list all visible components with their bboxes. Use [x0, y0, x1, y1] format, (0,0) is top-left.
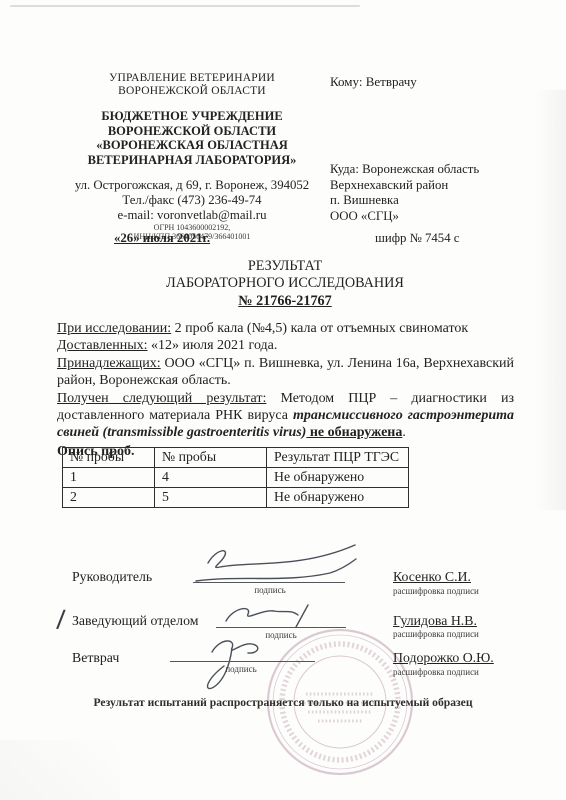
result-paragraph: Получен следующий результат: Методом ПЦР…	[57, 390, 514, 442]
organization-line: ВОРОНЕЖСКОЙ ОБЛАСТИ	[52, 124, 332, 139]
footer-disclaimer: Результат испытаний распространяется тол…	[0, 696, 566, 709]
addressee: Кому: Ветврачу	[330, 74, 520, 90]
signature-name: Косенко С.И.	[393, 569, 471, 585]
destination-line: Куда: Воронежская область	[330, 162, 520, 178]
result-outcome: не обнаружена	[306, 425, 402, 440]
signature-line	[170, 661, 315, 662]
table-row: 1 4 Не обнаружено	[63, 468, 409, 488]
address-line: ул. Острогожская, д 69, г. Воронеж, 3940…	[52, 178, 332, 193]
column-header-sample-no-1: № пробы	[63, 448, 155, 468]
document-date: «26» июля 2021г.	[114, 231, 210, 246]
study-paragraph: При исследовании: 2 проб кала (№4,5) кал…	[57, 320, 514, 337]
cell-sample-no: 1	[63, 468, 155, 488]
department-name: УПРАВЛЕНИЕ ВЕТЕРИНАРИИ ВОРОНЕЖСКОЙ ОБЛАС…	[52, 72, 332, 98]
phone-line: Тел./факс (473) 236-49-74	[52, 193, 332, 208]
organization-line: «ВОРОНЕЖСКАЯ ОБЛАСТНАЯ	[52, 138, 332, 153]
delivered-paragraph: Доставленных: «12» июля 2021 года.	[57, 337, 514, 354]
signature-line	[193, 582, 345, 583]
destination-line: Верхнехавский район	[330, 178, 520, 194]
cell-result: Не обнаружено	[267, 468, 409, 488]
belong-label: Принадлежащих:	[57, 356, 161, 371]
signature-caption: подпись	[196, 664, 286, 674]
document-title: РЕЗУЛЬТАТ ЛАБОРАТОРНОГО ИССЛЕДОВАНИЯ № 2…	[57, 258, 513, 310]
scan-artifact-smudge	[0, 740, 120, 800]
result-label: Получен следующий результат:	[57, 391, 266, 406]
cell-sample-no: 5	[155, 488, 267, 508]
cell-sample-no: 2	[63, 488, 155, 508]
signature-name-caption: расшифровка подписи	[393, 586, 479, 596]
department-line: ВОРОНЕЖСКОЙ ОБЛАСТИ	[52, 85, 332, 98]
document-body: При исследовании: 2 проб кала (№4,5) кал…	[57, 320, 514, 460]
organization-line: БЮДЖЕТНОЕ УЧРЕЖДЕНИЕ	[52, 109, 332, 124]
department-line: УПРАВЛЕНИЕ ВЕТЕРИНАРИИ	[52, 72, 332, 85]
signature-name: Подорожко О.Ю.	[393, 650, 494, 666]
destination-block: Куда: Воронежская область Верхнехавский …	[330, 162, 520, 224]
organization-name: БЮДЖЕТНОЕ УЧРЕЖДЕНИЕ ВОРОНЕЖСКОЙ ОБЛАСТИ…	[52, 109, 332, 167]
email-line: e-mail: voronvetlab@mail.ru	[52, 208, 332, 223]
belong-paragraph: Принадлежащих: ООО «СГЦ» п. Вишневка, ул…	[57, 355, 514, 390]
signature-role: Руководитель	[72, 569, 152, 585]
destination-line: ООО «СГЦ»	[330, 209, 520, 225]
column-header-sample-no-2: № пробы	[155, 448, 267, 468]
scan-artifact-smudge	[536, 90, 566, 510]
document-page: УПРАВЛЕНИЕ ВЕТЕРИНАРИИ ВОРОНЕЖСКОЙ ОБЛАС…	[0, 0, 566, 800]
destination-line: п. Вишневка	[330, 193, 520, 209]
organization-line: ВЕТЕРИНАРНАЯ ЛАБОРАТОРИЯ»	[52, 153, 332, 168]
signature-role: Ветврач	[72, 650, 119, 666]
study-label: При исследовании:	[57, 321, 171, 336]
title-line: РЕЗУЛЬТАТ	[57, 258, 513, 275]
handwritten-signature	[190, 543, 360, 587]
delivered-text: «12» июля 2021 года.	[148, 338, 278, 353]
table-header-row: № пробы № пробы Результат ПЦР ТГЭС	[63, 448, 409, 468]
signature-role: Заведующий отделом	[72, 613, 198, 629]
cipher-number: шифр № 7454 с	[375, 231, 459, 246]
table-row: 2 5 Не обнаружено	[63, 488, 409, 508]
delivered-label: Доставленных:	[57, 338, 148, 353]
letterhead: УПРАВЛЕНИЕ ВЕТЕРИНАРИИ ВОРОНЕЖСКОЙ ОБЛАС…	[52, 72, 332, 241]
signature-name-caption: расшифровка подписи	[393, 629, 479, 639]
pen-mark: /	[55, 605, 66, 637]
signature-caption: подпись	[225, 585, 315, 595]
title-line: ЛАБОРАТОРНОГО ИССЛЕДОВАНИЯ	[57, 275, 513, 292]
signature-name-caption: расшифровка подписи	[393, 667, 479, 677]
samples-table: № пробы № пробы Результат ПЦР ТГЭС 1 4 Н…	[62, 447, 409, 508]
signature-line	[216, 627, 346, 628]
scan-artifact-line	[10, 5, 360, 7]
result-period: .	[402, 425, 406, 440]
column-header-pcr-result: Результат ПЦР ТГЭС	[267, 448, 409, 468]
cell-sample-no: 4	[155, 468, 267, 488]
study-text: 2 проб кала (№4,5) кала от отъемных свин…	[171, 321, 468, 336]
document-number: № 21766-21767	[238, 293, 331, 310]
signature-name: Гулидова Н.В.	[393, 613, 477, 629]
cell-result: Не обнаружено	[267, 488, 409, 508]
